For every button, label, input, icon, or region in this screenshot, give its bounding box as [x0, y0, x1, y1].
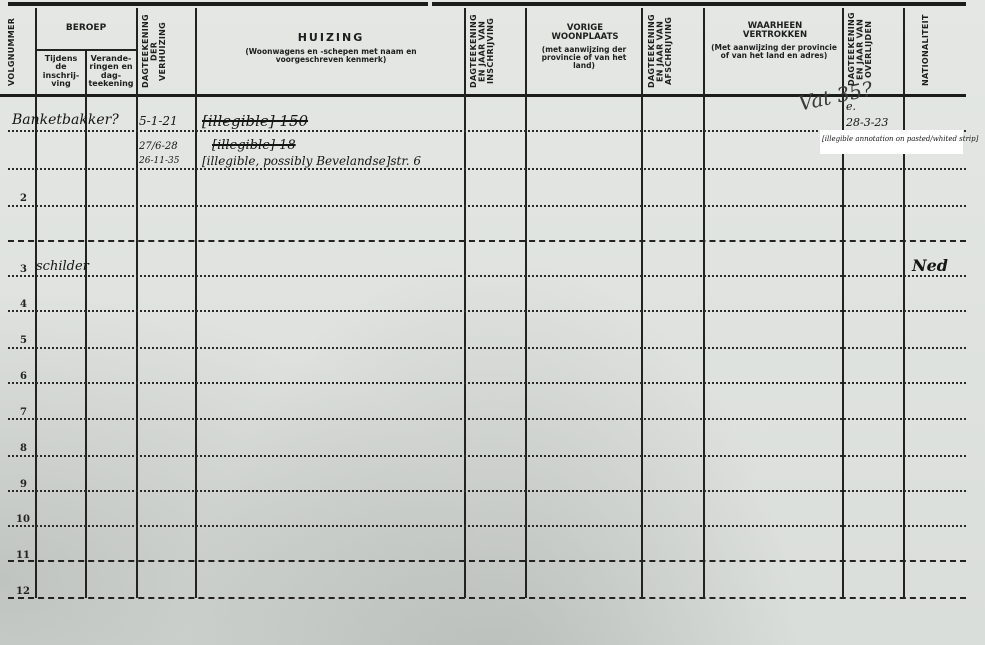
row1-verhuizing-date-1: 5-1-21 [139, 114, 178, 128]
top-rule-left [8, 2, 428, 6]
header-dagteekening-inschrijving: DAGTEEKENING EN JAAR VAN INSCHRIJVING [470, 10, 520, 92]
header-dagteekening-verhuizing: DAGTEEKENING DER VERHUIZING [142, 12, 190, 90]
header-waarheen-vertrokken: WAARHEEN VERTROKKEN [725, 22, 825, 40]
header-vorige-woonplaats: VORIGE WOONPLAATS [540, 24, 630, 42]
row-number: 6 [20, 371, 27, 382]
row3-beroep: schilder [36, 259, 89, 274]
col-line-6 [525, 8, 527, 598]
row-line [8, 275, 966, 277]
col-line-7 [641, 8, 643, 598]
row-line [8, 168, 966, 170]
row-number: 8 [20, 443, 27, 454]
row-line [8, 382, 966, 384]
col-line-2 [85, 50, 87, 598]
header-huizing-subtitle: (Woonwagens en -schepen met naam en voor… [215, 48, 447, 64]
row-number: 9 [20, 479, 27, 490]
row-line [8, 525, 966, 527]
header-nationaliteit: NATIONALITEIT [922, 10, 944, 90]
row1-huizing-address-1: [illegible] 150 [202, 112, 308, 130]
header-beroep-inschrijving: Tijdens de inschrij-ving [38, 55, 84, 89]
row-number: 7 [20, 407, 27, 418]
header-beroep-veranderingen: Verande-ringen en dag-teekening [87, 55, 135, 89]
row1-redacted-annotation: [illegible annotation on pasted/whited s… [822, 135, 978, 143]
row1-verhuizing-date-3: 26-11-35 [139, 156, 179, 166]
header-huizing: HUIZING [200, 32, 462, 44]
header-dagteekening-afschrijving: DAGTEEKENING EN JAAR VAN AFSCHRIJVING [648, 10, 698, 92]
row-line [8, 240, 966, 242]
row-number: 11 [16, 550, 30, 561]
header-beroep: BEROEP [36, 24, 136, 33]
row1-huizing-address-2: [illegible] 18 [212, 138, 296, 153]
row-line [8, 418, 966, 420]
row-number: 12 [16, 586, 30, 597]
row-line [8, 490, 966, 492]
row-number: 5 [20, 335, 27, 346]
row1-verhuizing-date-2: 27/6-28 [139, 141, 178, 152]
row-line [8, 347, 966, 349]
col-line-10 [903, 8, 905, 598]
col-line-1 [35, 8, 37, 598]
row-line [8, 597, 966, 599]
header-waarheen-vertrokken-subtitle: (Met aanwijzing der provincie of van het… [708, 44, 840, 60]
row1-beroep: Banketbakker? [12, 112, 119, 128]
row1-huizing-address-3: [illegible, possibly Bevelandse]str. 6 [202, 154, 421, 168]
row-number: 10 [16, 514, 30, 525]
col-line-4 [195, 8, 197, 598]
header-volgnummer: VOLGNUMMER [8, 14, 30, 90]
row3-nationaliteit: Ned [912, 256, 948, 275]
row1-overlijden-note: e. [846, 100, 856, 113]
row-line [8, 455, 966, 457]
row-line [8, 205, 966, 207]
row-number: 4 [20, 299, 27, 310]
col-line-3 [136, 8, 138, 598]
row1-overlijden-date: 28-3-23 [846, 116, 888, 129]
row-line [8, 310, 966, 312]
row-line [8, 560, 966, 562]
row-number: 2 [20, 193, 27, 204]
col-line-5 [464, 8, 466, 598]
row-number: 3 [20, 264, 27, 275]
header-vorige-woonplaats-subtitle: (met aanwijzing der provincie of van het… [533, 46, 635, 70]
col-line-8 [703, 8, 705, 598]
